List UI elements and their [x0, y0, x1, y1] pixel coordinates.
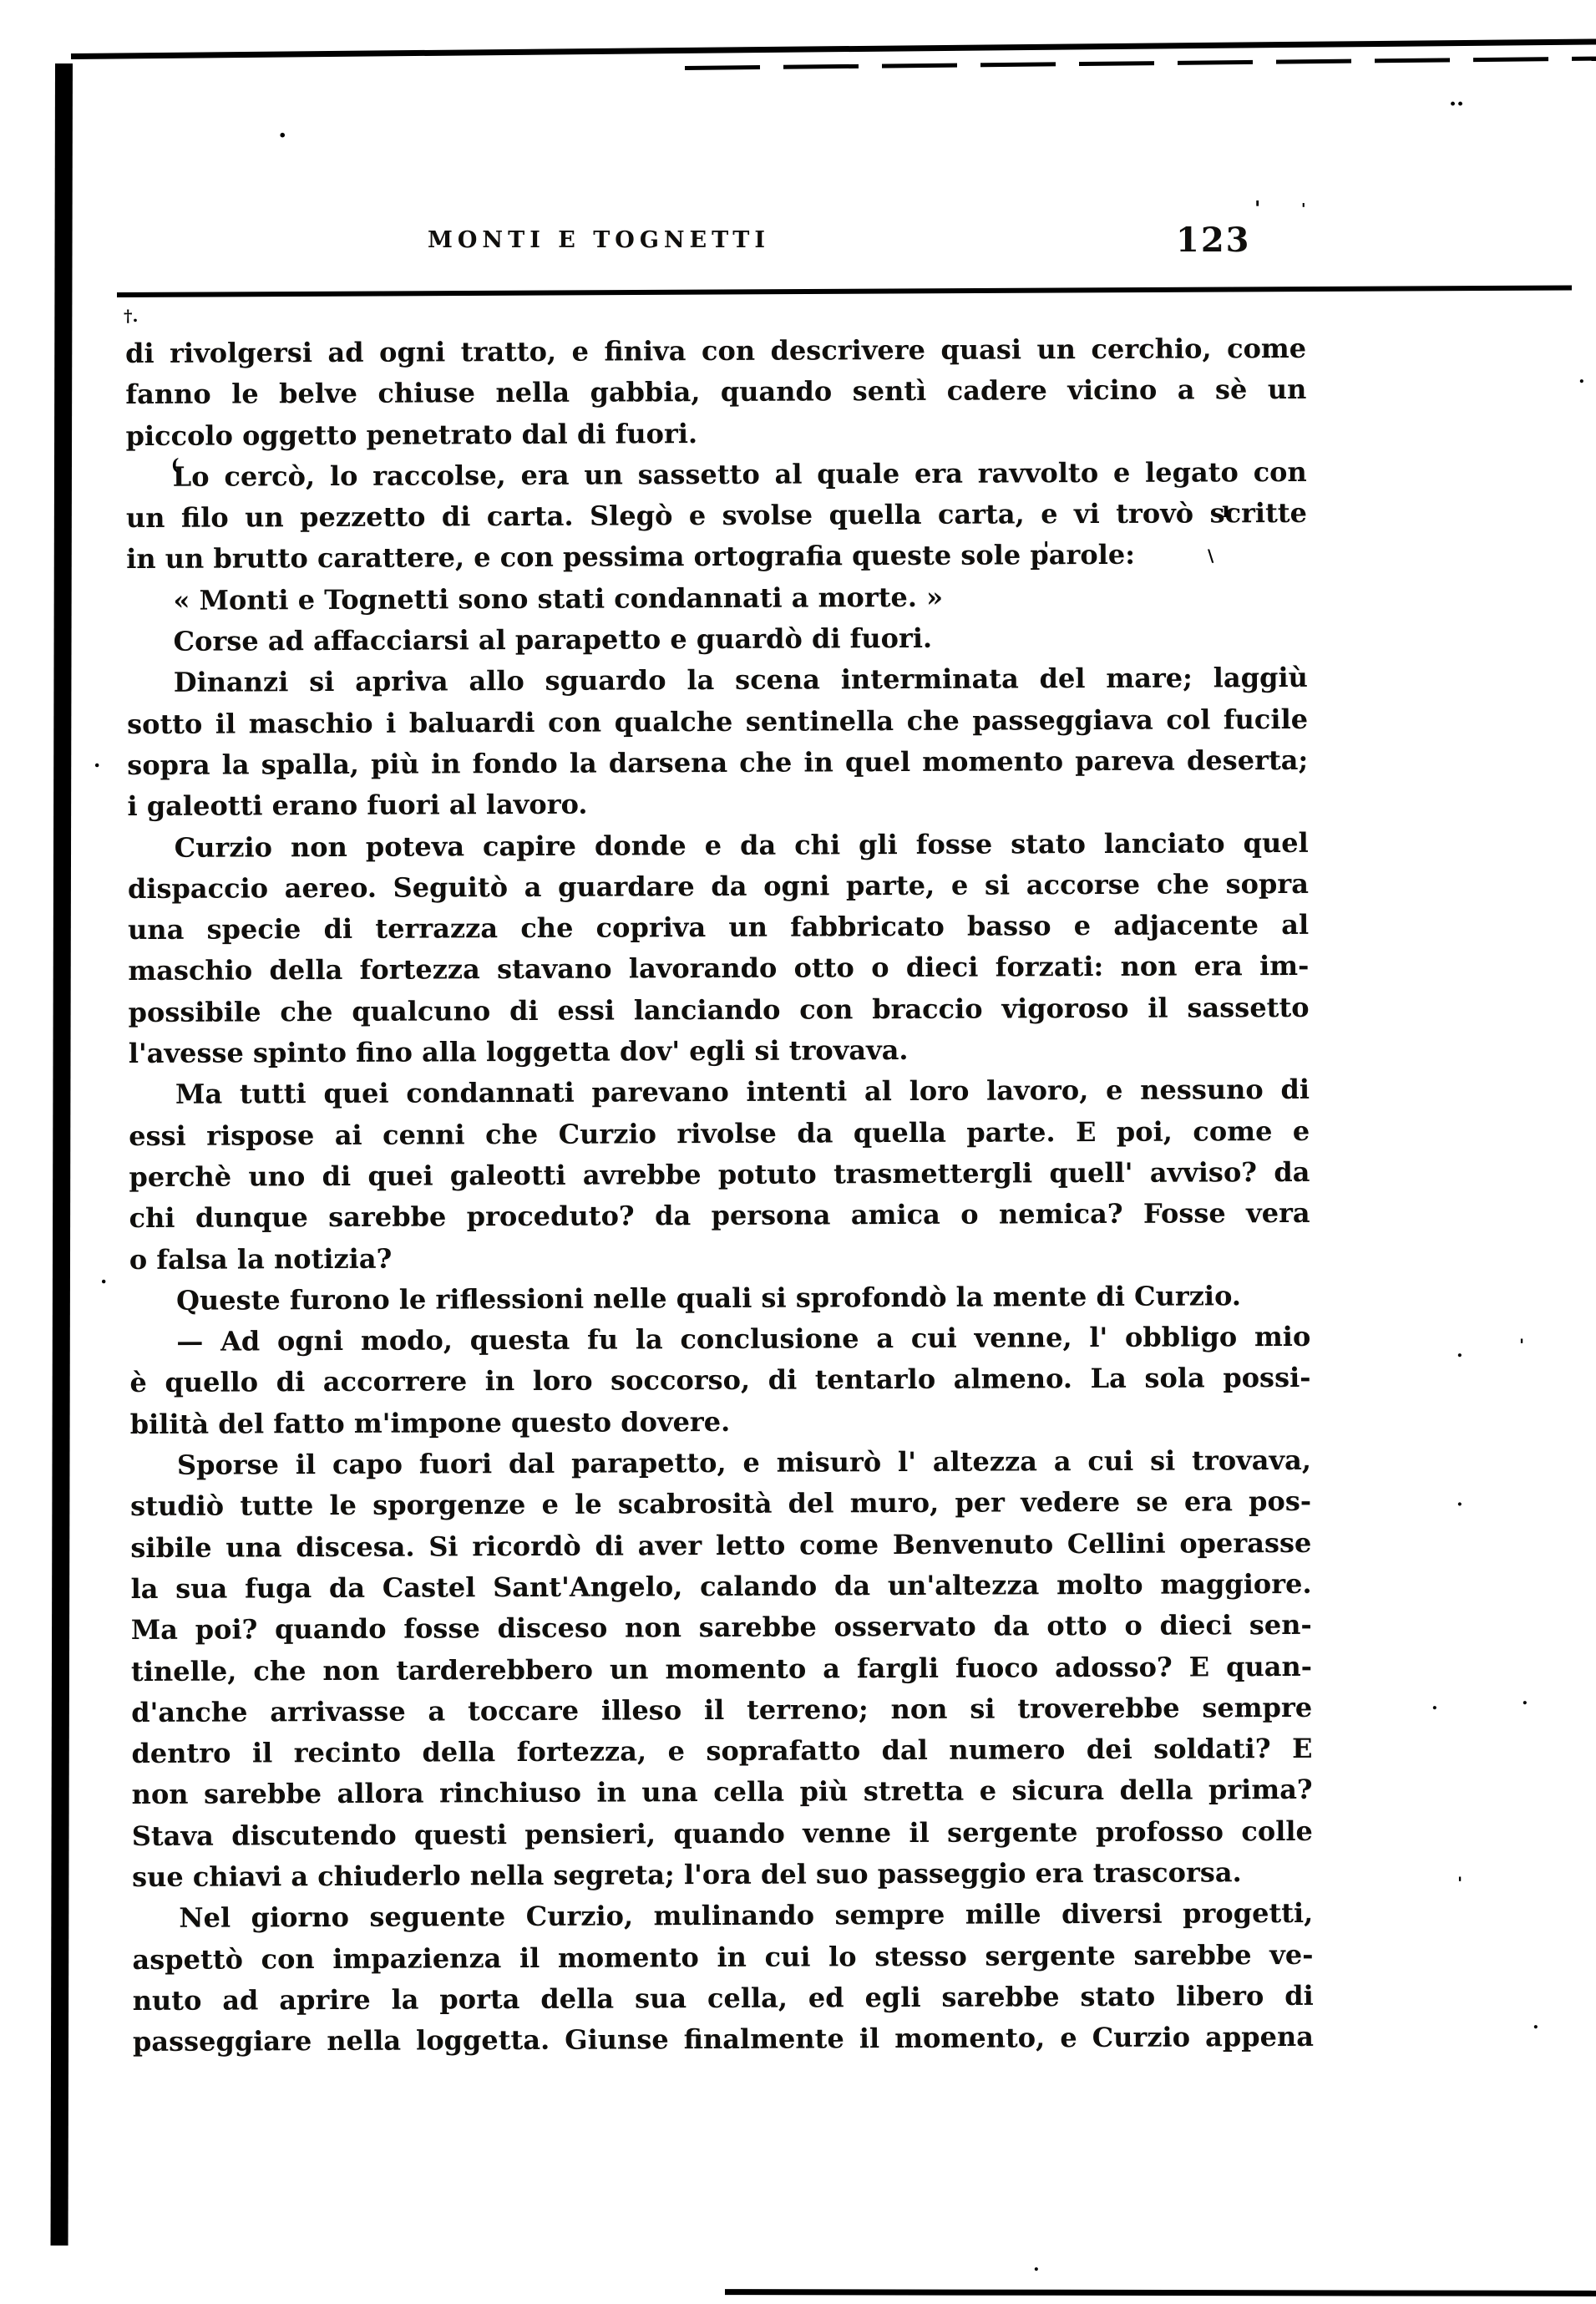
text-line: la sua fuga da Castel Sant'Angelo, calan…	[130, 1564, 1311, 1610]
text-line: Ma tutti quei condannati parevano intent…	[129, 1069, 1310, 1115]
scan-speck: '	[1457, 1875, 1462, 1891]
running-header: MONTI E TOGNETTI 123	[125, 227, 1306, 264]
text-line: o falsa la notizia?	[129, 1234, 1310, 1280]
text-line: bilità del fatto m'impone questo dovere.	[130, 1399, 1311, 1445]
text-line: Ma poi? quando fosse disceso non sarebbe…	[131, 1605, 1312, 1651]
scan-speck: .	[1033, 2256, 1040, 2274]
text-line: nuto ad aprire la porta della sua cella,…	[133, 1976, 1314, 2022]
text-line: Sporse il capo fuori dal parapetto, e mi…	[130, 1440, 1311, 1486]
scan-speck: ı	[1222, 500, 1230, 521]
text-line: — Ad ogni modo, questa fu la conclusione…	[129, 1317, 1310, 1363]
text-line: Curzio non poteva capire donde e da chi …	[128, 822, 1309, 868]
scan-edge-top-line	[71, 38, 1596, 59]
scan-speck: \	[1208, 547, 1213, 564]
page-number: 123	[1176, 221, 1251, 260]
text-line: d'anche arrivasse a toccare illeso il te…	[131, 1687, 1312, 1733]
text-line: di rivolgersi ad ogni tratto, e finiva c…	[125, 328, 1306, 374]
text-line: dentro il recinto della fortezza, e sopr…	[131, 1728, 1312, 1774]
scan-speck: ·	[1457, 1495, 1463, 1514]
text-line: Stava discutendo questi pensieri, quando…	[132, 1811, 1313, 1857]
text-line: fanno le belve chiuse nella gabbia, quan…	[125, 369, 1306, 415]
text-line: perchè uno di quei galeotti avrebbe potu…	[129, 1152, 1310, 1198]
text-line: sopra la spalla, più in fondo la darsena…	[127, 740, 1308, 786]
scan-speck: '	[1043, 540, 1049, 560]
text-line: Lo cercò, lo raccolse, era un sassetto a…	[126, 452, 1307, 498]
scan-speck: .	[1457, 1342, 1463, 1360]
scan-speck: .	[1522, 1689, 1528, 1708]
text-line: piccolo oggetto penetrato dal di fuori.	[125, 410, 1306, 456]
scan-speck: .	[1578, 368, 1585, 386]
text-line: Corse ad affacciarsi al parapetto e guar…	[127, 617, 1308, 662]
text-line: studiò tutte le sporgenze e le scabrosit…	[130, 1481, 1311, 1527]
text-line: maschio della fortezza stavano lavorando…	[128, 946, 1309, 992]
text-line: una specie di terrazza che copriva un fa…	[128, 905, 1309, 951]
text-line: sotto il maschio i baluardi con qualche …	[127, 699, 1308, 745]
text-line: chi dunque sarebbe proceduto? da persona…	[129, 1193, 1310, 1239]
scan-speck: .	[94, 750, 100, 770]
text-line: Nel giorno seguente Curzio, mulinando se…	[132, 1893, 1313, 1939]
scan-speck: '	[1519, 1337, 1524, 1353]
text-line: un filo un pezzetto di carta. Slegò e sv…	[126, 493, 1307, 539]
scan-edge-top-dashes	[685, 57, 1596, 70]
scan-speck: .	[100, 1266, 107, 1286]
running-header-title: MONTI E TOGNETTI	[125, 227, 1072, 253]
text-line: passeggiare nella loggetta. Giunse final…	[133, 2017, 1314, 2063]
text-line: è quello di accorrere in loro soccorso, …	[129, 1358, 1310, 1403]
text-line: Queste furono le riflessioni nelle quali…	[129, 1276, 1310, 1322]
scan-edge-left-bar	[51, 63, 73, 2246]
text-line: in un brutto carattere, e con pessima or…	[126, 534, 1307, 580]
scan-speck: ··	[1449, 94, 1464, 115]
text-line: aspettò con impazienza il momento in cui…	[132, 1934, 1313, 1980]
scan-speck: .	[1533, 2013, 1539, 2032]
scan-speck: '	[1301, 202, 1306, 217]
scanned-book-page: MONTI E TOGNETTI 123 di rivolgersi ad og…	[0, 0, 1596, 2304]
scan-speck: †.	[124, 307, 138, 324]
text-line: Dinanzi si apriva allo sguardo la scena …	[127, 657, 1308, 703]
scan-speck: (	[171, 456, 179, 473]
scan-speck: .	[1431, 1694, 1438, 1713]
text-line: possibile che qualcuno di essi lanciando…	[128, 987, 1309, 1033]
text-line: sibile una discesa. Si ricordò di aver l…	[130, 1522, 1311, 1568]
text-line: dispaccio aereo. Seguitò a guardare da o…	[128, 864, 1309, 910]
text-line: sue chiavi a chiuderlo nella segreta; l'…	[132, 1852, 1313, 1898]
text-line: essi rispose ai cenni che Curzio rivolse…	[129, 1111, 1310, 1157]
text-line: tinelle, che non tarderebbero un momento…	[131, 1646, 1312, 1692]
scan-edge-bottom-line	[725, 2289, 1596, 2296]
text-line: non sarebbe allora rinchiuso in una cell…	[132, 1769, 1313, 1815]
header-rule	[117, 285, 1572, 297]
text-line: l'avesse spinto fino alla loggetta dov' …	[129, 1028, 1310, 1074]
text-line: « Monti e Tognetti sono stati condannati…	[126, 576, 1307, 622]
page-body: di rivolgersi ad ogni tratto, e finiva c…	[125, 328, 1314, 2063]
scan-speck: '	[1254, 199, 1260, 219]
scan-speck: .	[278, 117, 286, 142]
text-line: i galeotti erano fuori al lavoro.	[127, 781, 1308, 827]
